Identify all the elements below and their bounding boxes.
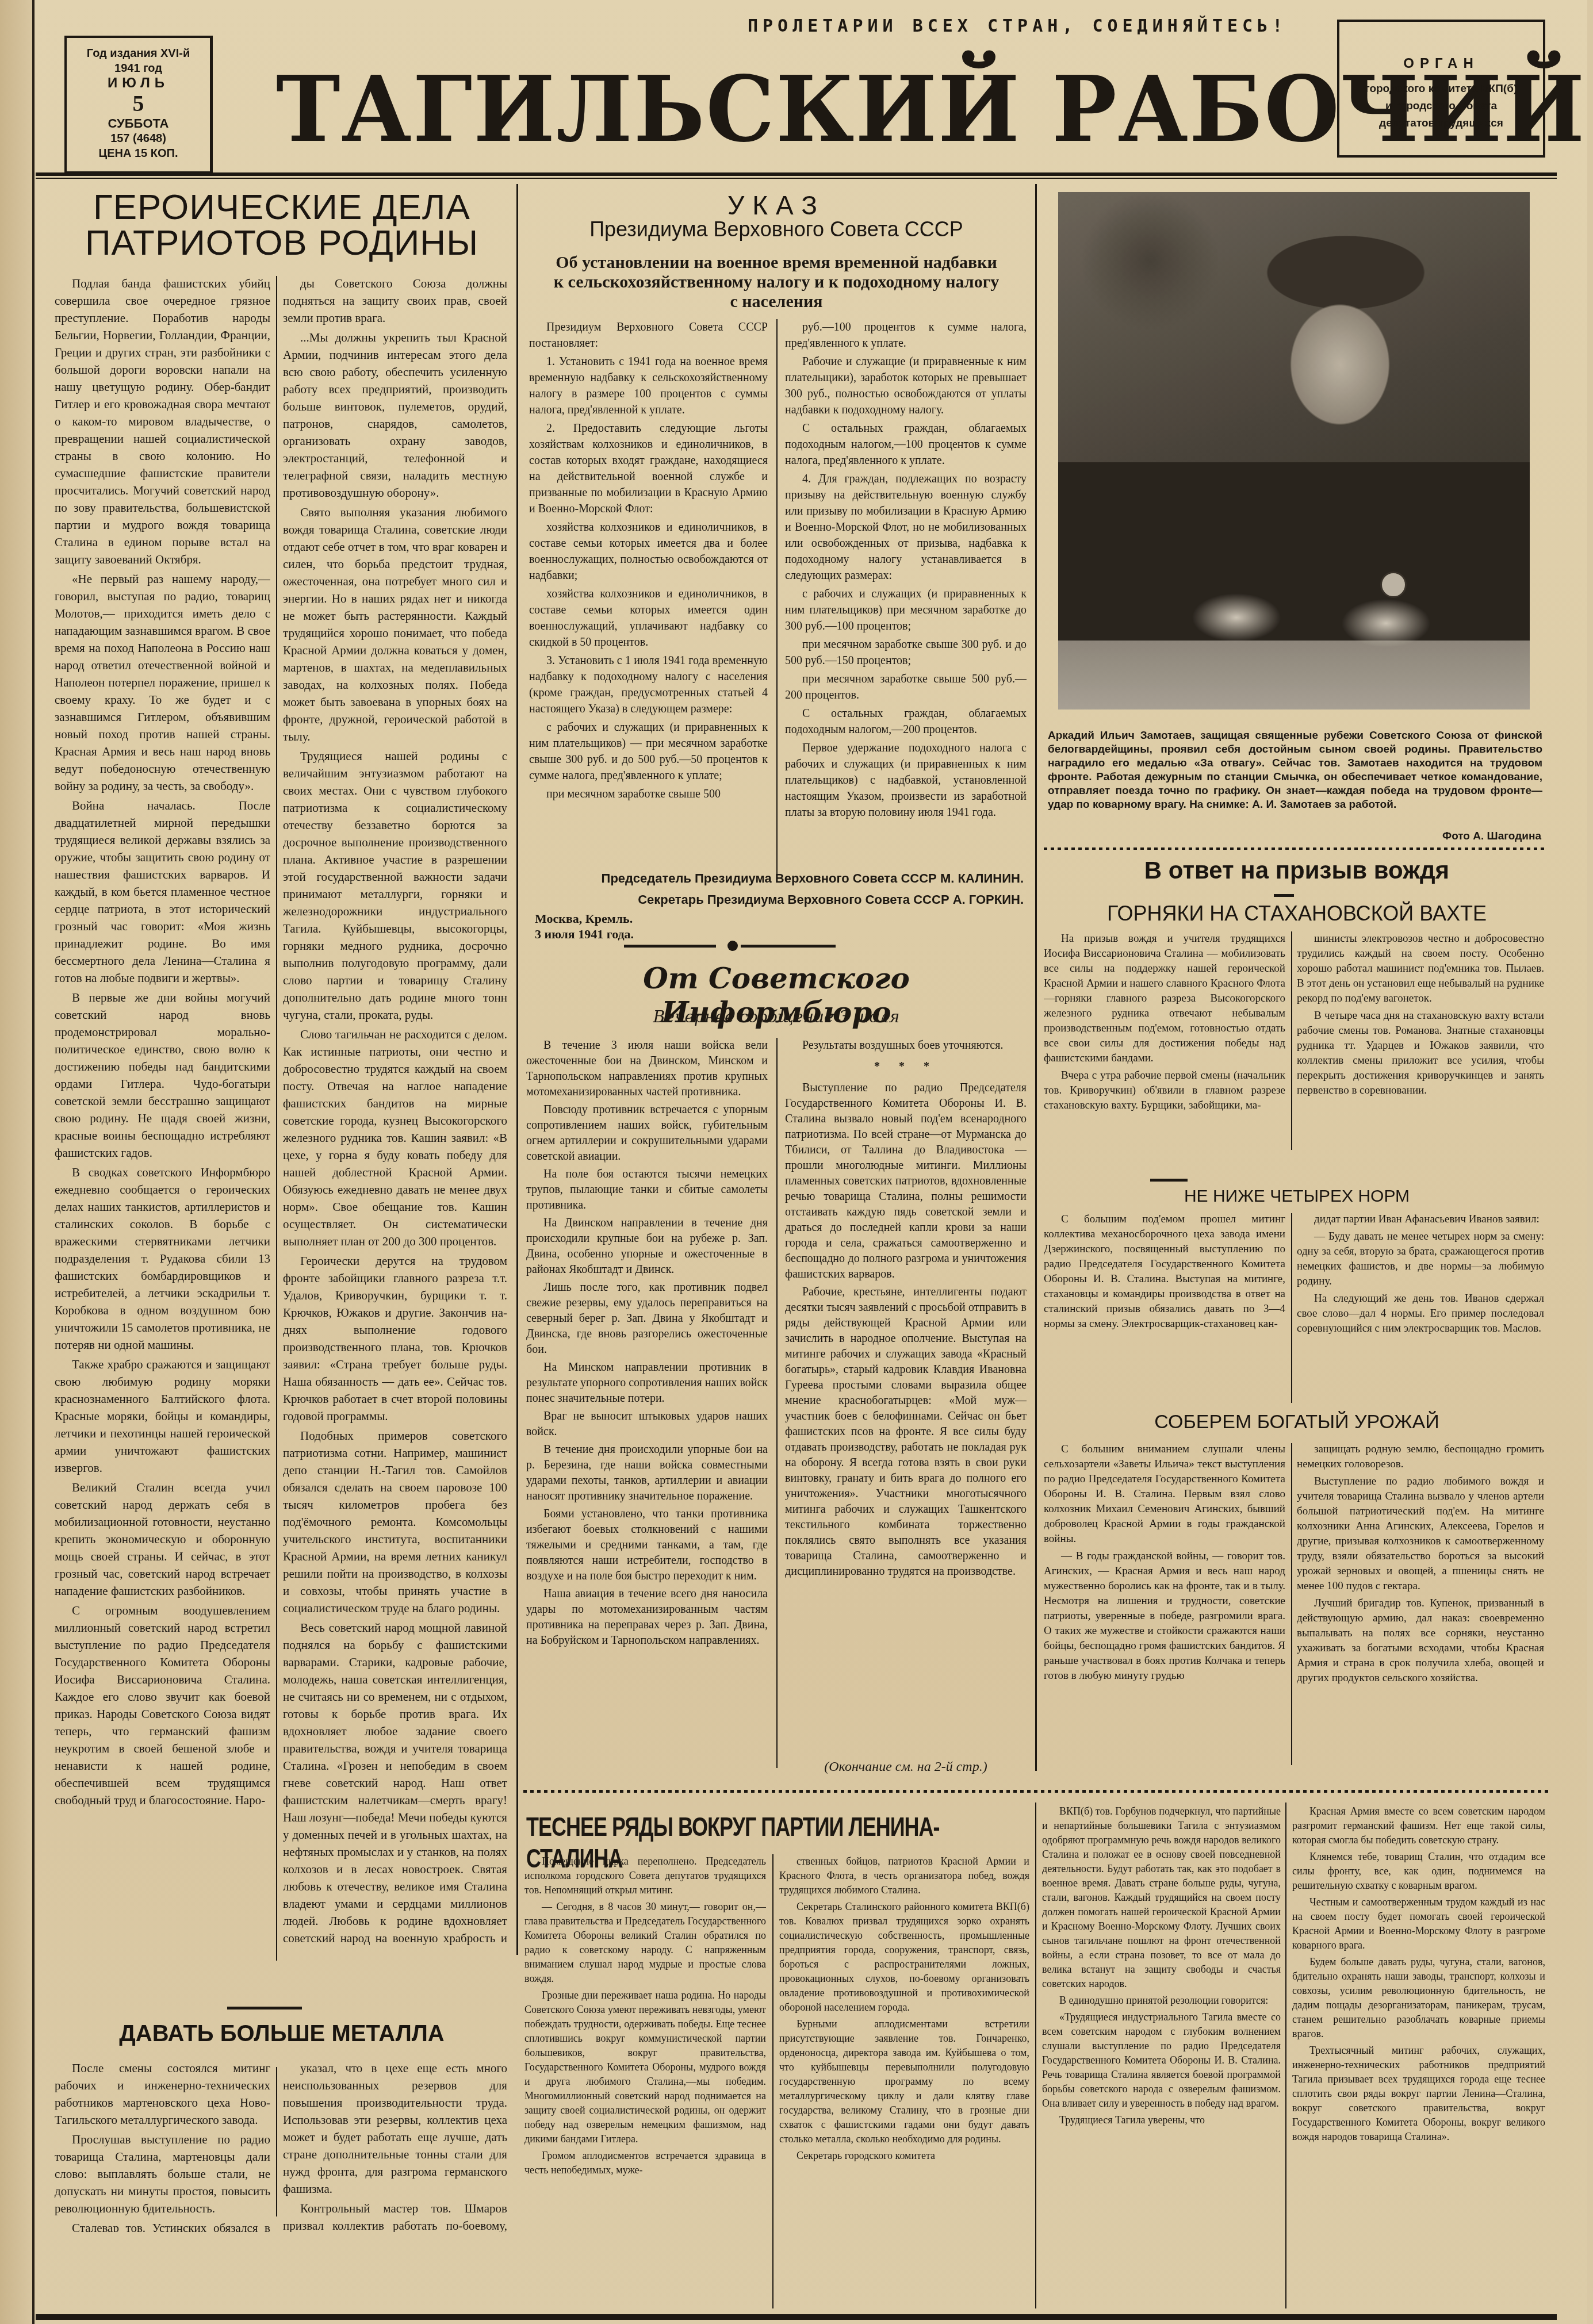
paragraph: В единодушно принятой резолюции говоритс…: [1042, 1993, 1281, 2008]
organ-line-2: и городского Совета: [1339, 98, 1543, 115]
paragraph: * * *: [785, 1059, 1027, 1075]
paragraph: С большим под'емом прошел митинг коллект…: [1044, 1212, 1285, 1332]
paragraph: Лучший бригадир тов. Купенок, призванный…: [1297, 1596, 1544, 1686]
paragraph: защищать родную землю, беспощадно громит…: [1297, 1442, 1544, 1472]
paragraph: Сталевар тов. Устинских обязался в течен…: [55, 2219, 270, 2232]
paragraph: Подобных примеров советского патриотизма…: [283, 1427, 507, 1617]
paragraph: На Двинском направлении в течение дня пр…: [526, 1215, 768, 1278]
paragraph: Секретарь Сталинского районного комитета…: [779, 1900, 1029, 2015]
paragraph: — Сегодня, в 8 часов 30 минут,— говорит …: [524, 1900, 766, 1986]
paragraph: В четыре часа дня на стахановскую вахту …: [1297, 1008, 1544, 1098]
harvest-column-2: защищать родную землю, беспощадно громит…: [1297, 1442, 1544, 1764]
party-column-2: ственных бойцов, патриотов Красной Армии…: [779, 1854, 1029, 2308]
binding-spine: [0, 0, 35, 2324]
paragraph: Выступление по радио Председателя Госуда…: [785, 1080, 1027, 1282]
issue-month: ИЮЛЬ: [67, 76, 210, 91]
column-divider: [276, 276, 277, 1961]
paragraph: ВКП(б) тов. Горбунов подчеркнул, что пар…: [1042, 1804, 1281, 1991]
paragraph: Громом аплодисментов встречается здравиц…: [524, 2149, 766, 2177]
paragraph: В первые же дни войны могучий советский …: [55, 989, 270, 1161]
column-divider: [772, 1854, 773, 2308]
metal-headline: ДАВАТЬ БОЛЬШЕ МЕТАЛЛА: [55, 2021, 509, 2047]
column-divider: [1291, 931, 1292, 1150]
masthead-rule: [36, 172, 1557, 176]
miners-headline: ГОРНЯКИ НА СТАХАНОВСКОЙ ВАХТЕ: [1041, 902, 1553, 926]
paragraph: при месячном заработке свыше 500 руб.—20…: [785, 671, 1027, 703]
paragraph: — Буду давать не менее четырех норм за с…: [1297, 1229, 1544, 1289]
paragraph: Трудящиеся нашей родины с величайшим энт…: [283, 747, 507, 1023]
paragraph: указал, что в цехе еще есть много неиспо…: [283, 2060, 507, 2198]
organ-line-1: городского комитета ВКП(б): [1339, 80, 1543, 98]
paragraph: ды Советского Союза должны подняться на …: [283, 275, 507, 327]
paragraph: Выступление по радио любимого вождя и уч…: [1297, 1474, 1544, 1594]
column-divider: [1035, 1803, 1036, 2308]
paragraph: Клянемся тебе, товарищ Сталин, что отдад…: [1292, 1850, 1545, 1893]
paragraph: Лишь после того, как противник подвел св…: [526, 1280, 768, 1357]
paragraph: Героически дерутся на трудовом фронте за…: [283, 1252, 507, 1425]
paragraph: Враг не выносит штыковых ударов наших во…: [526, 1409, 768, 1440]
column-divider: [516, 184, 518, 1955]
paragraph: С огромным воодушевлением миллионный сов…: [55, 1602, 270, 1809]
paragraph: 2. Предоставить следующие льготы хозяйст…: [529, 420, 768, 517]
paragraph: Красная Армия вместе со всем советским н…: [1292, 1804, 1545, 1847]
party-column-4: Красная Армия вместе со всем советским н…: [1292, 1804, 1545, 2310]
paragraph: На Минском направлении противник в резул…: [526, 1360, 768, 1406]
separator-dot: [727, 941, 738, 951]
paragraph: После смены состоялся митинг рабочих и и…: [55, 2060, 270, 2129]
norms-column-1: С большим под'емом прошел митинг коллект…: [1044, 1212, 1285, 1402]
paragraph: Рабочие, крестьяне, интеллигенты подают …: [785, 1284, 1027, 1579]
column-divider: [776, 319, 778, 877]
issue-info-box: Год издания XVI-й 1941 год ИЮЛЬ 5 СУББОТ…: [64, 36, 213, 174]
column-divider: [1285, 1803, 1286, 2308]
paragraph: Подлая банда фашистских убийц совершила …: [55, 275, 270, 568]
decree-subtitle: Президиума Верховного Совета СССР: [523, 217, 1029, 241]
party-column-3: ВКП(б) тов. Горбунов подчеркнул, что пар…: [1042, 1804, 1281, 2310]
separator: [624, 945, 716, 948]
paragraph: Будем больше давать руды, чугуна, стали,…: [1292, 1955, 1545, 2041]
decree-column-2: руб.—100 процентов к сумме налога, пред'…: [785, 319, 1027, 871]
paragraph: В течение дня происходили упорные бои на…: [526, 1442, 768, 1504]
paragraph: «Не первый раз нашему народу,— говорил, …: [55, 570, 270, 795]
paragraph: руб.—100 процентов к сумме налога, пред'…: [785, 319, 1027, 351]
paragraph: ...Мы должны укрепить тыл Красной Армии,…: [283, 329, 507, 501]
paragraph: Секретарь городского комитета: [779, 2149, 1029, 2163]
column-divider: [1035, 184, 1037, 1771]
photo-credit: Фото А. Шагодина: [1323, 830, 1541, 843]
norms-column-2: дидат партии Иван Афанасьевич Иванов зая…: [1297, 1212, 1544, 1402]
bottom-rule: [36, 2314, 1557, 2320]
paragraph: хозяйства колхозников и единоличников, в…: [529, 519, 768, 584]
issue-year: 1941 год: [67, 61, 210, 76]
column-divider: [276, 2067, 277, 2216]
decree-column-1: Президиум Верховного Совета СССР постано…: [529, 319, 768, 877]
medal-icon: [1380, 572, 1407, 598]
decree-date: 3 июля 1941 года.: [535, 927, 634, 942]
separator: [1150, 1179, 1188, 1182]
decree-heading: Об установлении на военное время временн…: [552, 253, 1001, 312]
paragraph: Прослушав выступление по радио товарища …: [55, 2131, 270, 2217]
paragraph: 1. Установить с 1941 года на военное вре…: [529, 354, 768, 418]
continued-note: (Окончание см. на 2-й стр.): [785, 1759, 1027, 1775]
response-section-title: В ответ на призыв вождя: [1041, 857, 1553, 884]
paragraph: Свято выполняя указания любимого вождя т…: [283, 504, 507, 745]
paragraph: Помещение цирка переполнено. Председател…: [524, 1854, 766, 1897]
informburo-column-1: В течение 3 июля наши войска вели ожесто…: [526, 1038, 768, 1765]
paragraph: Великий Сталин всегда учил советский нар…: [55, 1479, 270, 1600]
paragraph: 4. Для граждан, подлежащих по возрасту п…: [785, 471, 1027, 584]
column-divider: [776, 1038, 778, 1768]
paragraph: С большим вниманием слушали члены сельхо…: [1044, 1442, 1285, 1547]
paragraph: С остальных граждан, облагаемых подоходн…: [785, 420, 1027, 469]
paragraph: Президиум Верховного Совета СССР постано…: [529, 319, 768, 351]
paragraph: — В годы гражданской войны, — говорит то…: [1044, 1549, 1285, 1683]
miners-column-2: шинисты электровозов честно и добросовес…: [1297, 931, 1544, 1173]
wavy-separator: [523, 1790, 1550, 1793]
paragraph: На следующий же день тов. Иванов сдержал…: [1297, 1291, 1544, 1336]
paragraph: Слово тагильчан не расходится с делом. К…: [283, 1026, 507, 1250]
paragraph: Первое удержание подоходного налога с ра…: [785, 740, 1027, 820]
separator: [741, 945, 836, 948]
paragraph: Бурными аплодисментами встретили присутс…: [779, 2017, 1029, 2146]
metal-column-2: указал, что в цехе еще есть много неиспо…: [283, 2060, 507, 2232]
paragraph: Наша авиация в течение всего дня наносил…: [526, 1586, 768, 1648]
editorial-column-2: ды Советского Союза должны подняться на …: [283, 275, 507, 1945]
paragraph: «Трудящиеся индустриального Тагила вмест…: [1042, 2010, 1281, 2111]
paragraph: С остальных граждан, облагаемых подоходн…: [785, 705, 1027, 738]
separator: [1274, 894, 1294, 897]
paragraph: дидат партии Иван Афанасьевич Иванов зая…: [1297, 1212, 1544, 1227]
organ-line-3: депутатов трудящихся: [1339, 115, 1543, 132]
paragraph: Вчера с утра рабочие первой смены (начал…: [1044, 1068, 1285, 1113]
decree-signature-kalinin: Председатель Президиума Верховного Совет…: [575, 871, 1024, 886]
paragraph: с рабочих и служащих (и приравненных к н…: [785, 586, 1027, 634]
wavy-separator: [1044, 847, 1544, 850]
column-divider: [1291, 1213, 1292, 1403]
paragraph: На призыв вождя и учителя трудящихся Иос…: [1044, 931, 1285, 1066]
paragraph: при месячном заработке свыше 500: [529, 786, 768, 802]
paragraph: На поле боя остаются тысячи немецких тру…: [526, 1167, 768, 1213]
decree-signature-gorkin: Секретарь Президиума Верховного Совета С…: [575, 892, 1024, 907]
informburo-subtitle: Вечернее сообщение 3 июля: [523, 1007, 1029, 1026]
paragraph: Грозные дни переживает наша родина. Но н…: [524, 1988, 766, 2146]
paragraph: Весь советский народ мощной лавиной подн…: [283, 1619, 507, 1945]
paragraph: В течение 3 июля наши войска вели ожесто…: [526, 1038, 768, 1100]
norms-headline: НЕ НИЖЕ ЧЕТЫРЕХ НОРМ: [1041, 1187, 1553, 1206]
metal-column-1: После смены состоялся митинг рабочих и и…: [55, 2060, 270, 2232]
paragraph: хозяйства колхозников и единоличников, в…: [529, 586, 768, 650]
paragraph: с рабочих и служащих (и приравненных к н…: [529, 719, 768, 784]
separator: [227, 2007, 302, 2009]
issue-price: ЦЕНА 15 КОП.: [67, 146, 210, 161]
issue-weekday: СУББОТА: [67, 116, 210, 131]
paragraph: Война началась. После двадцатилетней мир…: [55, 797, 270, 987]
paragraph: Рабочие и служащие (и приравненные к ним…: [785, 354, 1027, 418]
paragraph: ственных бойцов, патриотов Красной Армии…: [779, 1854, 1029, 1897]
party-column-1: Помещение цирка переполнено. Председател…: [524, 1854, 766, 2308]
miners-column-1: На призыв вождя и учителя трудящихся Иос…: [1044, 931, 1285, 1173]
issue-day: 5: [67, 91, 210, 116]
paragraph: Результаты воздушных боев уточняются.: [785, 1038, 1027, 1053]
paragraph: Контрольный мастер тов. Шмаров призвал к…: [283, 2200, 507, 2232]
portrait-photo: [1058, 192, 1530, 710]
harvest-headline: СОБЕРЕМ БОГАТЫЙ УРОЖАЙ: [1041, 1411, 1553, 1433]
organ-heading: ОРГАН: [1339, 55, 1543, 72]
organ-box: ОРГАН городского комитета ВКП(б) и город…: [1337, 20, 1545, 158]
paragraph: Боями установлено, что танки противника …: [526, 1506, 768, 1584]
paragraph: Трехтысячный митинг рабочих, служащих, и…: [1292, 2043, 1545, 2144]
masthead-rule-thin: [36, 178, 1557, 179]
paragraph: Честным и самоотверженным трудом каждый …: [1292, 1895, 1545, 1953]
slogan: ПРОЛЕТАРИИ ВСЕХ СТРАН, СОЕДИНЯЙТЕСЬ!: [748, 16, 1287, 36]
harvest-column-1: С большим вниманием слушали члены сельхо…: [1044, 1442, 1285, 1764]
informburo-column-2: Результаты воздушных боев уточняются.* *…: [785, 1038, 1027, 1711]
paragraph: шинисты электровозов честно и добросовес…: [1297, 931, 1544, 1006]
paragraph: при месячном заработке свыше 300 руб. и …: [785, 636, 1027, 669]
photo-caption: Аркадий Ильич Замотаев, защищая священны…: [1048, 729, 1542, 812]
paragraph: В сводках советского Информбюро ежедневн…: [55, 1164, 270, 1353]
decree-place: Москва, Кремль.: [535, 911, 633, 926]
issue-number: 157 (4648): [67, 131, 210, 146]
editorial-headline: ГЕРОИЧЕСКИЕ ДЕЛА ПАТРИОТОВ РОДИНЫ: [75, 190, 489, 261]
paragraph: Трудящиеся Тагила уверены, что: [1042, 2113, 1281, 2127]
editorial-column-1: Подлая банда фашистских убийц совершила …: [55, 275, 270, 1945]
paragraph: Также храбро сражаются и защищают свою л…: [55, 1356, 270, 1477]
paragraph: Повсюду противник встречается с упорным …: [526, 1102, 768, 1164]
decree-title: УКАЗ: [523, 190, 1029, 221]
column-divider: [1291, 1443, 1292, 1765]
year-of-publication: Год издания XVI-й: [67, 46, 210, 61]
paragraph: 3. Установить с 1 июля 1941 года временн…: [529, 653, 768, 717]
